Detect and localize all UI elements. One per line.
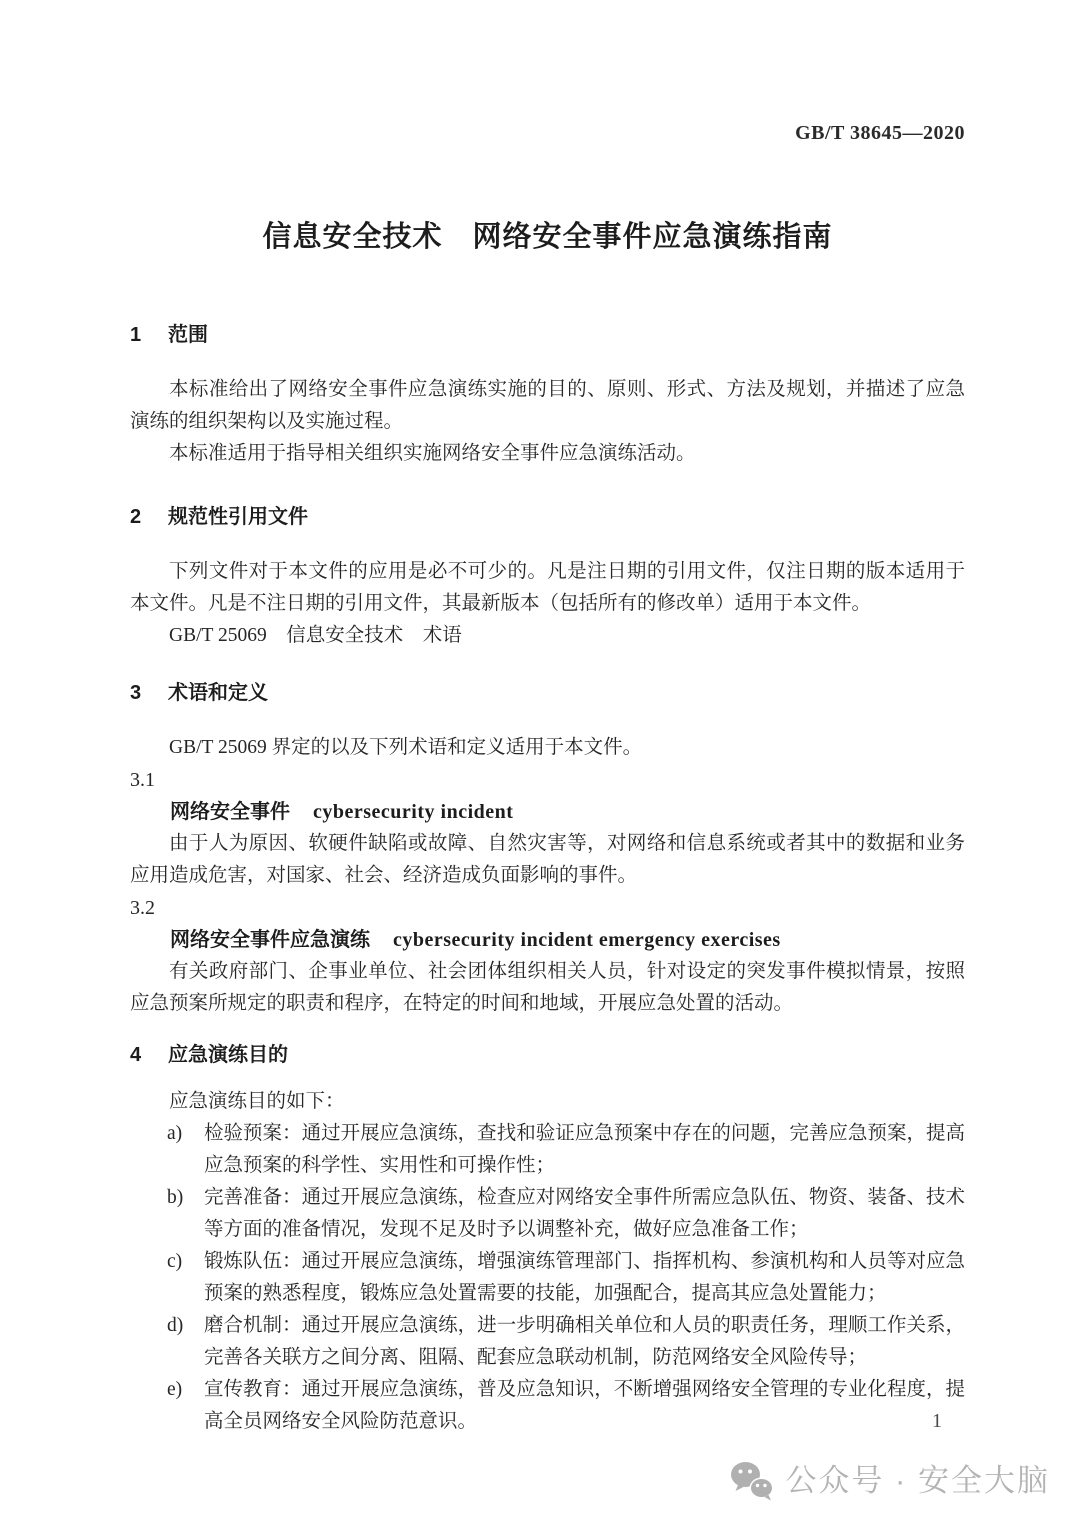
- section-3-heading: 3 术语和定义: [130, 678, 965, 708]
- watermark: 公众号 · 安全大脑: [729, 1458, 1050, 1504]
- term-chinese: 网络安全事件应急演练: [170, 929, 370, 951]
- section-2-heading: 2 规范性引用文件: [130, 502, 965, 532]
- term-definition: 由于人为原因、软硬件缺陷或故障、自然灾害等，对网络和信息系统或者其中的数据和业务…: [130, 828, 965, 892]
- paragraph: 本标准给出了网络安全事件应急演练实施的目的、原则、形式、方法及规划，并描述了应急…: [130, 374, 965, 438]
- term-english: cybersecurity incident emergency exercis…: [393, 929, 781, 951]
- list-text: 完善准备：通过开展应急演练，检查应对网络安全事件所需应急队伍、物资、装备、技术等…: [204, 1187, 965, 1240]
- list-intro: 应急演练目的如下：: [130, 1086, 965, 1118]
- term-line: 网络安全事件应急演练 cybersecurity incident emerge…: [130, 924, 965, 956]
- list-text: 检验预案：通过开展应急演练，查找和验证应急预案中存在的问题，完善应急预案，提高应…: [204, 1123, 965, 1176]
- list-item: e) 宣传教育：通过开展应急演练，普及应急知识，不断增强网络安全管理的专业化程度…: [130, 1374, 965, 1438]
- section-title: 规范性引用文件: [168, 502, 308, 532]
- section-4-heading: 4 应急演练目的: [130, 1040, 965, 1070]
- section-number: 4: [130, 1040, 168, 1070]
- term-chinese: 网络安全事件: [170, 801, 290, 823]
- paragraph: 本标准适用于指导相关组织实施网络安全事件应急演练活动。: [130, 438, 965, 470]
- document-title: 信息安全技术 网络安全事件应急演练指南: [130, 216, 965, 258]
- list-text: 锻炼队伍：通过开展应急演练，增强演练管理部门、指挥机构、参演机构和人员等对应急预…: [204, 1251, 965, 1304]
- list-marker: d): [167, 1310, 183, 1342]
- list-text: 磨合机制：通过开展应急演练，进一步明确相关单位和人员的职责任务，理顺工作关系，完…: [204, 1315, 965, 1368]
- list-text: 宣传教育：通过开展应急演练，普及应急知识，不断增强网络安全管理的专业化程度，提高…: [204, 1379, 965, 1432]
- term-line: 网络安全事件 cybersecurity incident: [130, 796, 965, 828]
- term-definition: 有关政府部门、企事业单位、社会团体组织相关人员，针对设定的突发事件模拟情景，按照…: [130, 956, 965, 1020]
- list-marker: a): [167, 1118, 182, 1150]
- list-item: b) 完善准备：通过开展应急演练，检查应对网络安全事件所需应急队伍、物资、装备、…: [130, 1182, 965, 1246]
- section-number: 3: [130, 678, 168, 708]
- section-number: 2: [130, 502, 168, 532]
- document-page: GB/T 38645—2020 信息安全技术 网络安全事件应急演练指南 1 范围…: [0, 0, 1080, 1528]
- wechat-icon: [729, 1459, 775, 1503]
- section-1-heading: 1 范围: [130, 320, 965, 350]
- list-item: d) 磨合机制：通过开展应急演练，进一步明确相关单位和人员的职责任务，理顺工作关…: [130, 1310, 965, 1374]
- section-number: 1: [130, 320, 168, 350]
- list-marker: c): [167, 1246, 182, 1278]
- page-number: 1: [932, 1406, 942, 1436]
- list-item: a) 检验预案：通过开展应急演练，查找和验证应急预案中存在的问题，完善应急预案，…: [130, 1118, 965, 1182]
- page-content: GB/T 38645—2020 信息安全技术 网络安全事件应急演练指南 1 范围…: [0, 0, 1080, 1438]
- list-marker: e): [167, 1374, 182, 1406]
- term-english: cybersecurity incident: [313, 801, 513, 823]
- paragraph: GB/T 25069 界定的以及下列术语和定义适用于本文件。: [130, 732, 965, 764]
- watermark-text: 公众号 · 安全大脑: [785, 1458, 1050, 1504]
- term-number: 3.2: [130, 892, 965, 924]
- section-title: 范围: [168, 320, 208, 350]
- purpose-list: a) 检验预案：通过开展应急演练，查找和验证应急预案中存在的问题，完善应急预案，…: [130, 1118, 965, 1438]
- list-item: c) 锻炼队伍：通过开展应急演练，增强演练管理部门、指挥机构、参演机构和人员等对…: [130, 1246, 965, 1310]
- list-marker: b): [167, 1182, 183, 1214]
- term-number: 3.1: [130, 764, 965, 796]
- section-title: 应急演练目的: [168, 1040, 288, 1070]
- paragraph: 下列文件对于本文件的应用是必不可少的。凡是注日期的引用文件，仅注日期的版本适用于…: [130, 556, 965, 620]
- normative-reference: GB/T 25069 信息安全技术 术语: [130, 620, 965, 652]
- standard-code: GB/T 38645—2020: [130, 120, 965, 146]
- section-title: 术语和定义: [168, 678, 268, 708]
